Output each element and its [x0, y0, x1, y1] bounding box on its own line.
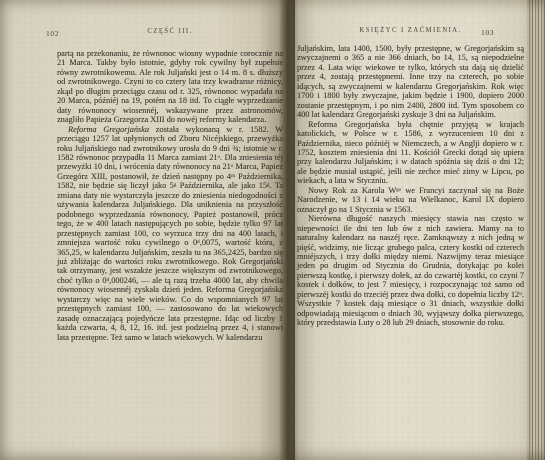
paragraph: Nierówna długość naszych miesięcy stawia…	[297, 214, 524, 327]
paragraph: Reforma Gregorjańska została wykonaną w …	[57, 125, 283, 342]
fore-edge-pages	[527, 0, 545, 460]
left-page-text: partą na przekonaniu, że równonoc wiosny…	[57, 49, 283, 342]
left-page: 102 CZĘŚĆ III. partą na przekonaniu, że …	[0, 0, 287, 460]
paragraph: Juljańskim, lata 1400, 1500, były przest…	[297, 44, 524, 120]
right-page-text: Juljańskim, lata 1400, 1500, były przest…	[297, 44, 524, 328]
paragraph-italic-lead: Reforma Gregorjańska	[68, 125, 149, 134]
left-running-header: CZĘŚĆ III.	[57, 28, 283, 35]
paragraph: Reforma Gregorjańska była chętnie przyję…	[297, 120, 524, 186]
paragraph-text: została wykonaną w r. 1582. W przeciągu …	[57, 125, 283, 342]
paragraph: partą na przekonaniu, że równonoc wiosny…	[57, 49, 283, 125]
right-page-number: 103	[481, 28, 494, 37]
paragraph: Nowy Rok za Karola Wᵍᵒ we Francyi zaczyn…	[297, 186, 524, 214]
gutter-shadow	[279, 0, 295, 460]
book-scan-spread: 102 CZĘŚĆ III. partą na przekonaniu, że …	[0, 0, 545, 460]
right-page: KSIĘŻYC I ZAĆMIENIA. 103 Juljańskim, lat…	[287, 0, 527, 460]
